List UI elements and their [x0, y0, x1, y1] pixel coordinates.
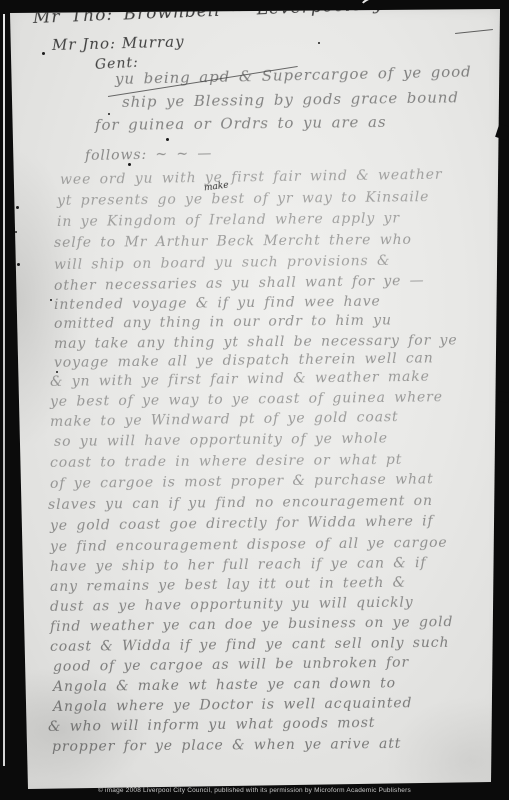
manuscript-line: voyage make all ye dispatch therein well…	[54, 350, 434, 371]
copyright-caption: © image 2008 Liverpool City Council, pub…	[0, 787, 509, 794]
ink-speck	[56, 371, 58, 373]
ink-speck	[128, 163, 131, 166]
ink-speck	[50, 299, 52, 301]
letter-header-line: Mr Tho: Brownbell ~ Leverpoole ye 10 8br…	[33, 0, 509, 28]
ink-speck	[166, 138, 169, 141]
manuscript-line: good of ye cargoe as will be unbroken fo…	[53, 655, 409, 675]
manuscript-line: ye find encouragement dispose of all ye …	[50, 535, 448, 555]
manuscript-line: so yu will have opportunity of ye whole	[54, 431, 388, 450]
manuscript-line: omitted any thing in our ordr to him yu	[54, 312, 392, 332]
film-edge-line	[3, 14, 5, 766]
manuscript-line: propper for ye place & when ye arive att	[52, 736, 401, 755]
manuscript-line: ye gold coast goe directly for Widda whe…	[50, 513, 434, 534]
manuscript-line: in ye Kingdom of Ireland where apply yr	[57, 210, 400, 230]
manuscript-line: & who will inform yu what goods most	[48, 715, 375, 735]
manuscript-line: intended voyage & if yu find wee have	[54, 294, 381, 313]
ink-speck	[16, 206, 19, 209]
ink-speck	[15, 231, 17, 233]
ink-speck	[108, 113, 110, 115]
manuscript-line: coast & Widda if ye find ye cant sell on…	[50, 635, 450, 655]
manuscript-line: selfe to Mr Arthur Beck Mercht there who	[54, 232, 412, 251]
ink-speck	[42, 52, 45, 55]
manuscript-line: dust as ye have opportunity yu will quic…	[50, 595, 414, 615]
manuscript-line: other necessaries as yu shall want for y…	[54, 273, 425, 294]
manuscript-line: slaves yu can if yu find no encouragemen…	[48, 493, 433, 513]
manuscript-line: may take any thing yt shall be necessary…	[54, 332, 458, 352]
manuscript-line: make to ye Windward pt of ye gold coast	[50, 409, 399, 430]
manuscript-line: yt presents go ye best of yr way to Kins…	[57, 189, 429, 209]
manuscript-line: & yn with ye first fair wind & weather m…	[50, 369, 430, 390]
manuscript-line: ship ye Blessing by gods grace bound	[122, 88, 459, 111]
manuscript-line: have ye ship to her full reach if ye can…	[50, 555, 427, 575]
manuscript-line: Angola where ye Doctor is well acquainte…	[53, 695, 413, 715]
manuscript-line: of ye cargoe is most proper & purchase w…	[50, 471, 434, 492]
manuscript-line: for guinea or Ordrs to yu are as	[95, 113, 387, 134]
manuscript-paper: Mr Tho: Brownbell ~ Leverpoole ye 10 8br…	[0, 0, 509, 800]
date-underline-stroke	[455, 29, 493, 34]
ink-speck	[318, 42, 320, 44]
manuscript-line: coast to trade in where desire or what p…	[50, 452, 402, 471]
manuscript-line: yu being apd & Supercargoe of ye good	[115, 63, 472, 88]
manuscript-line: follows: ~ ~ —	[85, 146, 213, 164]
manuscript-line: find weather ye can doe ye business on y…	[50, 614, 454, 635]
manuscript-line: wee ord yu with ye first fair wind & wea…	[60, 167, 443, 188]
manuscript-line: any remains ye best lay itt out in teeth…	[50, 575, 406, 595]
film-edge-notch	[497, 391, 509, 403]
manuscript-scan-page: Mr Tho: Brownbell ~ Leverpoole ye 10 8br…	[0, 0, 509, 800]
ink-speck	[17, 263, 20, 266]
manuscript-line: ye best of ye way to ye coast of guinea …	[50, 389, 443, 410]
letter-addressee-line: Mr Jno: Murray	[52, 33, 185, 54]
manuscript-line: Angola & make wt haste ye can down to	[53, 675, 396, 695]
manuscript-line: will ship on board yu such provisions &	[54, 253, 391, 273]
